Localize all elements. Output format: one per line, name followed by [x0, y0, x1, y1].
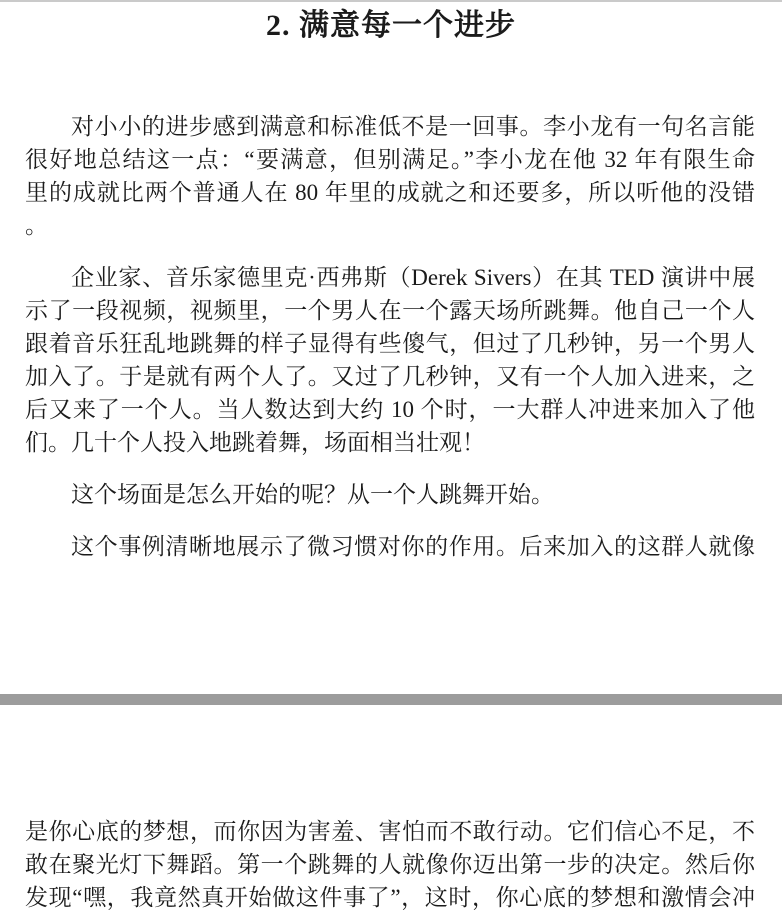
paragraph: 对小小的进步感到满意和标准低不是一回事。李小龙有一句名言能很好地总结这一点：“要… [25, 110, 755, 242]
chapter-title: 2. 满意每一个进步 [0, 7, 782, 45]
text-line: 里的成就比两个普通人在 80 年里的成就之和还要多，所以听他的没错 [25, 176, 755, 209]
page-top-border [0, 0, 782, 2]
text-line: 加入了。于是就有两个人了。又过了几秒钟，又有一个人加入进来，之 [25, 360, 755, 393]
text-line: 这个事例清晰地展示了微习惯对你的作用。后来加入的这群人就像 [25, 530, 755, 563]
text-line: 对小小的进步感到满意和标准低不是一回事。李小龙有一句名言能 [25, 110, 755, 143]
text-line: 。 [25, 209, 755, 242]
paragraph: 这个场面是怎么开始的呢？从一个人跳舞开始。 [25, 478, 755, 511]
document-viewer: { "document": { "title": "2. 满意每一个进步", "… [0, 0, 782, 914]
page-break-divider [0, 694, 782, 705]
page-1-text: 对小小的进步感到满意和标准低不是一回事。李小龙有一句名言能很好地总结这一点：“要… [25, 110, 755, 563]
text-line: 敢在聚光灯下舞蹈。第一个跳舞的人就像你迈出第一步的决定。然后你 [25, 848, 755, 881]
text-line: 后又来了一个人。当人数达到大约 10 个时，一大群人冲进来加入了他 [25, 393, 755, 426]
paragraph: 是你心底的梦想，而你因为害羞、害怕而不敢行动。它们信心不足，不敢在聚光灯下舞蹈。… [25, 815, 755, 914]
text-line: 企业家、音乐家德里克·西弗斯（Derek Sivers）在其 TED 演讲中展 [25, 261, 755, 294]
text-line: 发现“嘿，我竟然真开始做这件事了”，这时，你心底的梦想和激情会冲 [25, 881, 755, 914]
text-line: 很好地总结这一点：“要满意，但别满足。”李小龙在他 32 年有限生命 [25, 143, 755, 176]
text-line: 是你心底的梦想，而你因为害羞、害怕而不敢行动。它们信心不足，不 [25, 815, 755, 848]
paragraph: 企业家、音乐家德里克·西弗斯（Derek Sivers）在其 TED 演讲中展示… [25, 261, 755, 459]
text-line: 跟着音乐狂乱地跳舞的样子显得有些傻气，但过了几秒钟，另一个男人 [25, 327, 755, 360]
page-2-text: 是你心底的梦想，而你因为害羞、害怕而不敢行动。它们信心不足，不敢在聚光灯下舞蹈。… [25, 815, 755, 914]
text-line: 这个场面是怎么开始的呢？从一个人跳舞开始。 [25, 478, 755, 511]
text-line: 示了一段视频，视频里，一个男人在一个露天场所跳舞。他自己一个人 [25, 294, 755, 327]
text-line: 们。几十个人投入地跳着舞，场面相当壮观！ [25, 426, 755, 459]
paragraph: 这个事例清晰地展示了微习惯对你的作用。后来加入的这群人就像 [25, 530, 755, 563]
